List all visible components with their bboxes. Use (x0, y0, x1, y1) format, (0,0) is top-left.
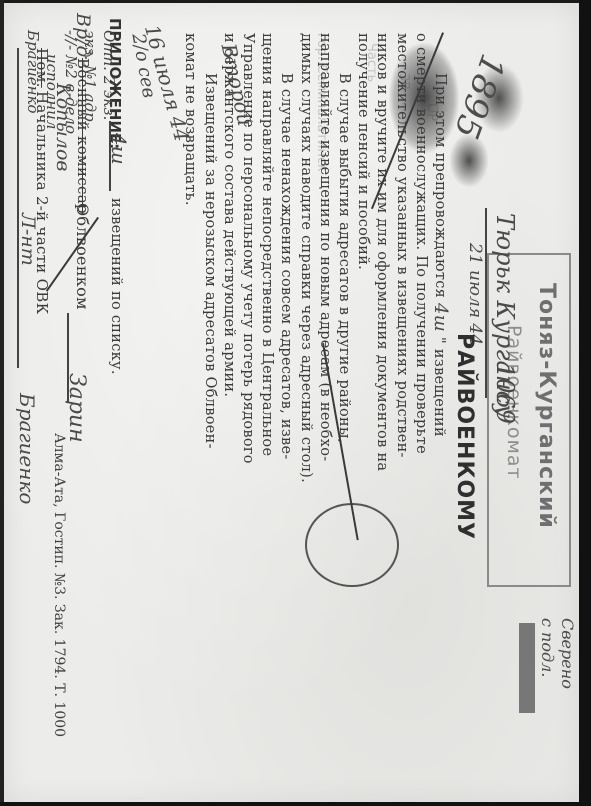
body-line: ников и вручите их им для оформления док… (372, 33, 391, 483)
body-line: местожительство указанных в извещениях р… (391, 33, 410, 483)
margin-note-line: экз. №1 адр. (80, 30, 99, 150)
body-line: направляйте извещения по новым адресам (… (315, 33, 334, 483)
margin-note-line: Брагиенко (23, 30, 42, 150)
body-line: Извещений за нерозыском адресатов Облвое… (199, 33, 218, 483)
margin-note-line: -//- №2 в дело (61, 30, 80, 150)
margin-handwritten-note: Отп. 2 экз. экз. №1 адр. -//- №2 в дело … (0, 30, 118, 150)
handwritten-form-number: 1069 (491, 363, 519, 424)
body-line: В случае ненахождения совсем адресатов, … (276, 33, 295, 483)
handwritten-date: 21 июля 44 (465, 243, 485, 345)
body-line: димых случаях наводите справки через адр… (295, 33, 314, 483)
corner-note-line: Сверено (557, 618, 577, 689)
margin-note-line: исполнил (42, 30, 61, 150)
appendix-text: извещений по списку. (108, 198, 124, 375)
body-line: При этом препровождаются (430, 33, 449, 483)
body-line: о смерти военнослужащих. По получении пр… (411, 33, 430, 483)
body-text: При этом препровождаются о смерти военно… (180, 33, 449, 483)
role2-rank-handwritten: Л-нт (17, 213, 39, 266)
addressee-underline (486, 208, 488, 398)
scan-border-right (579, 0, 591, 806)
role1-signature-name: Зарин (64, 373, 89, 443)
corner-note-line: с подл. (537, 618, 557, 689)
body-line: щения направляйте непосредственно в Цент… (257, 33, 276, 483)
role2-signature-name: Брагиенко (15, 393, 39, 504)
body-line: получение пенсий и пособий. (353, 33, 372, 483)
document-title: РАЙВОЕНКОМУ (452, 333, 477, 540)
stamp-line-1: Тоняз-Курганский (534, 283, 559, 529)
corner-verification-note: Сверено с подл. (537, 618, 577, 689)
margin-note-line: Отп. 2 экз. (99, 30, 118, 150)
role1-title: Облвоенком (73, 203, 92, 310)
black-stamp-bar (519, 623, 535, 713)
printer-imprint: Алма-Ата, Гостип. №3. Зак. 1794. Т. 1000 (51, 433, 67, 737)
